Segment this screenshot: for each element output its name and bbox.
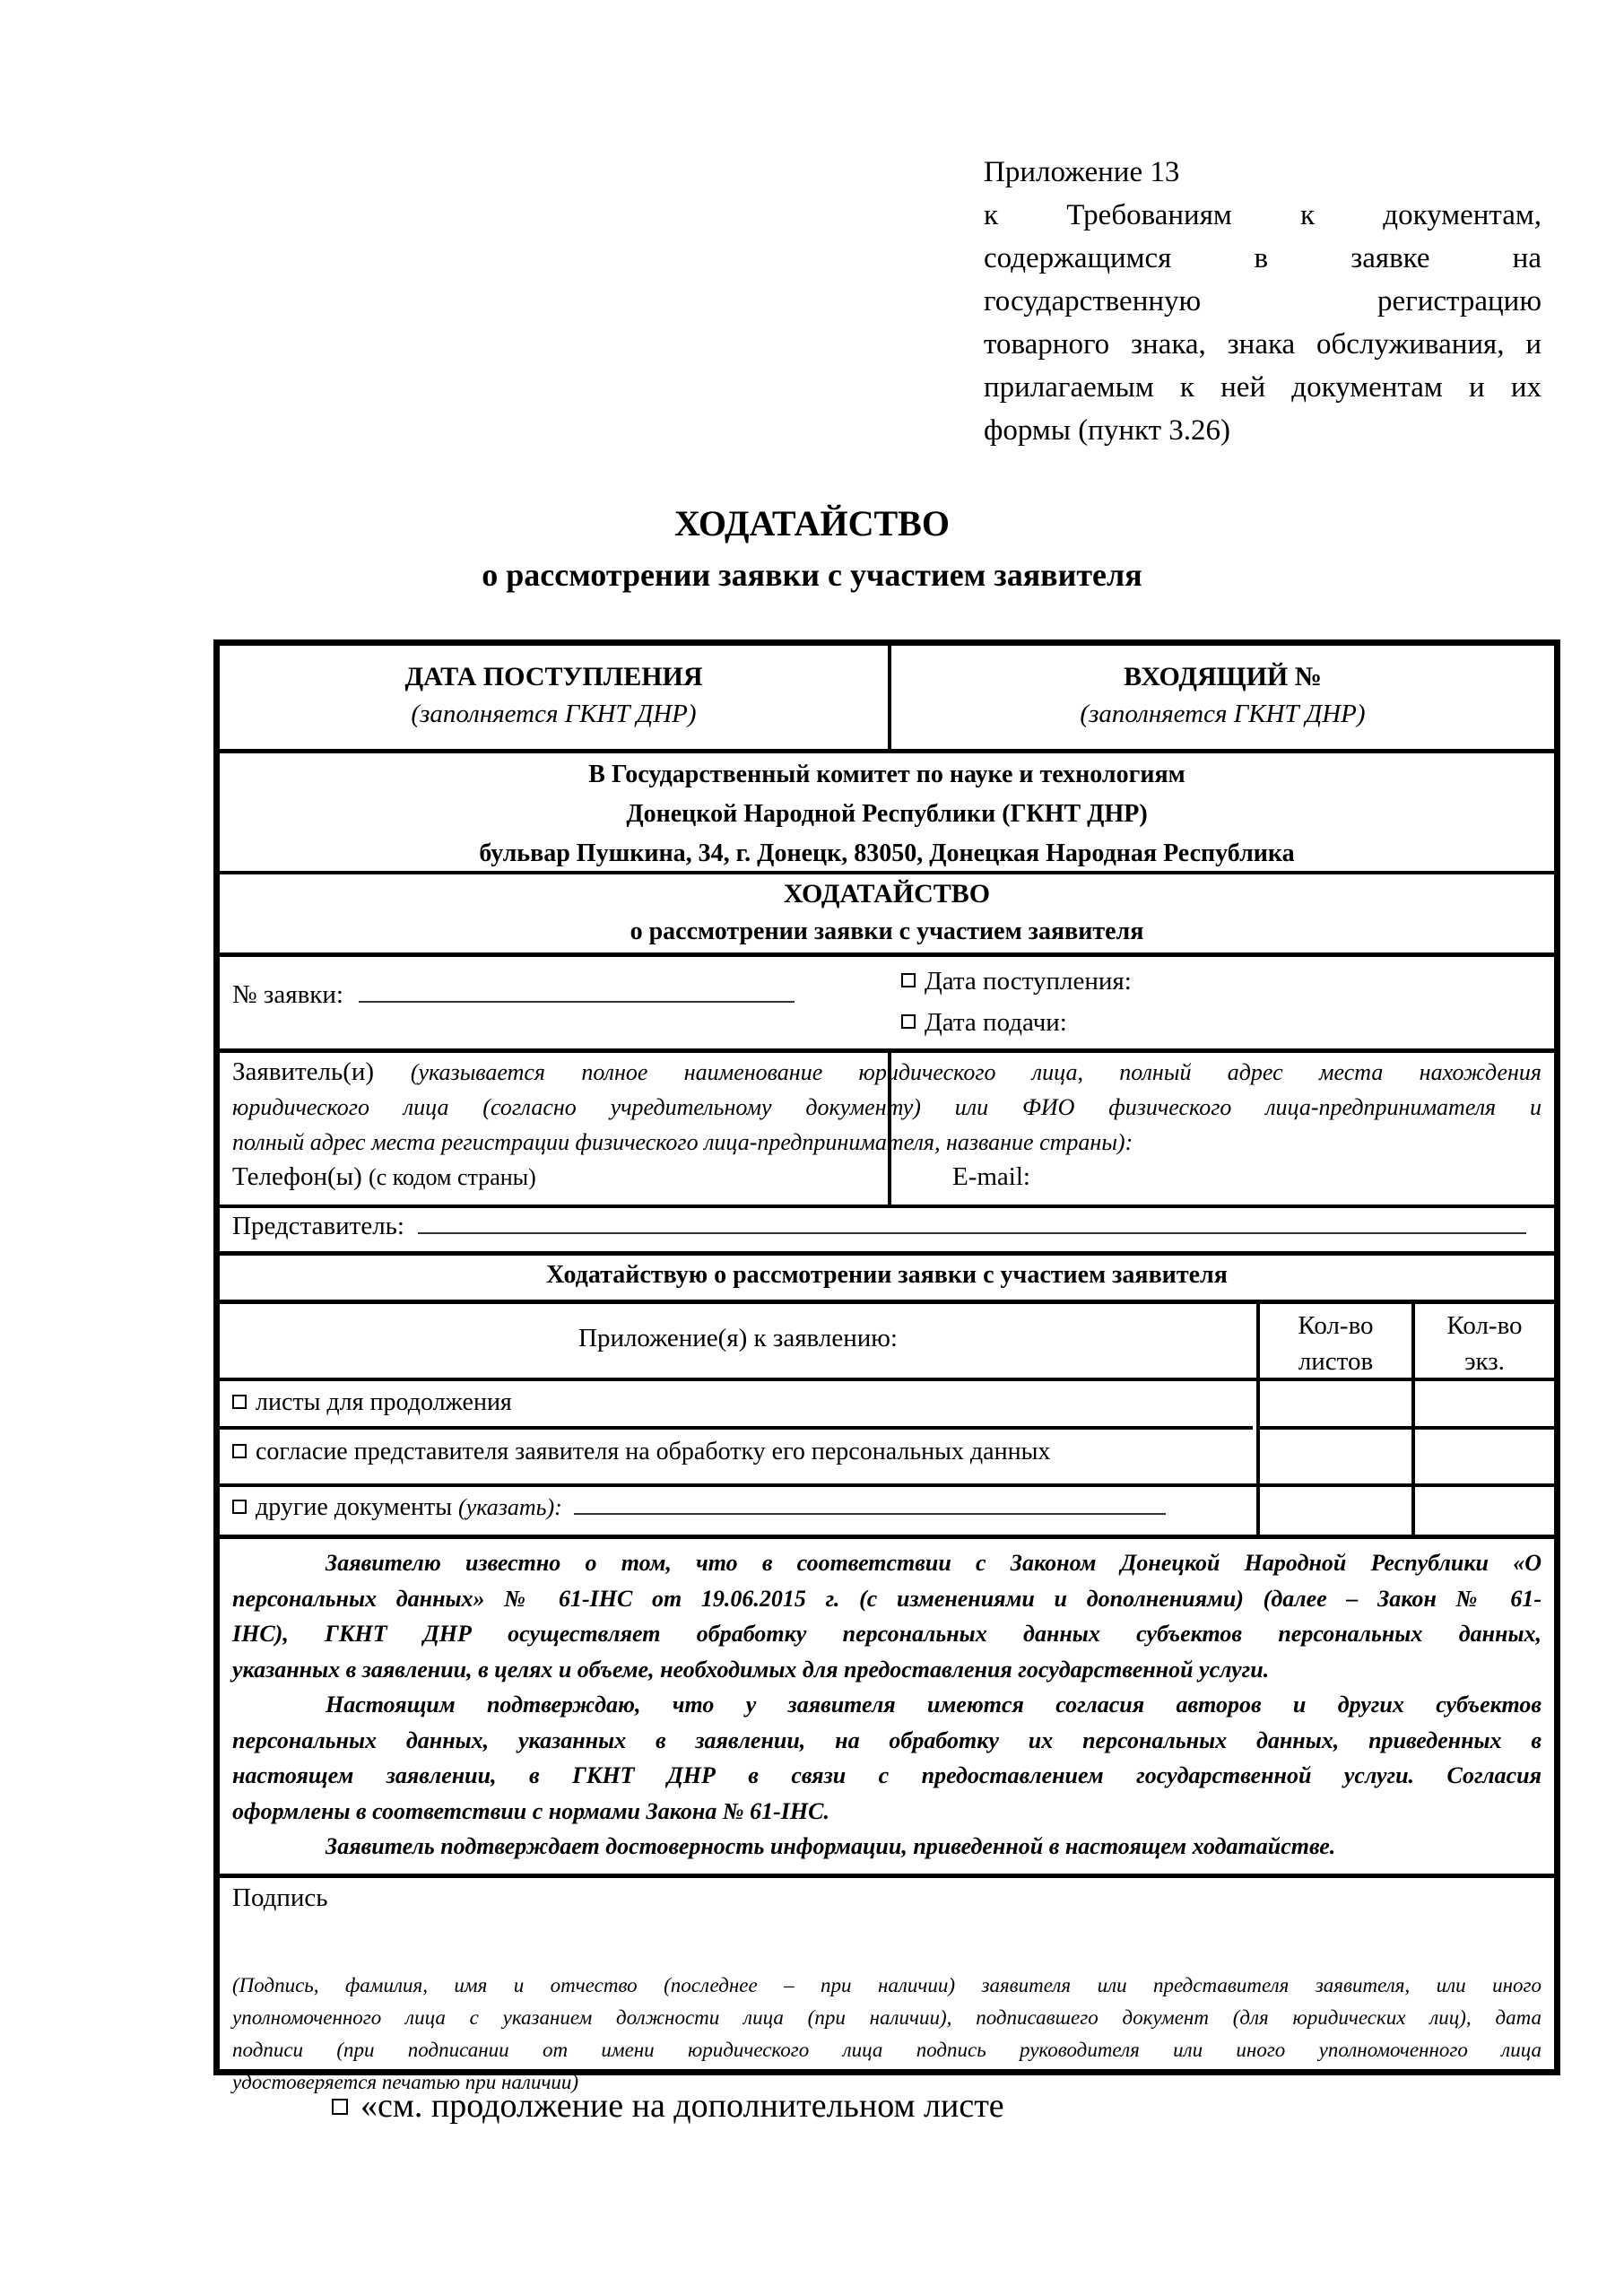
column-header-line: экз. [1415, 1344, 1554, 1379]
divider [220, 1874, 1554, 1878]
appendix-line: прилагаемым к ней документам и их [984, 366, 1541, 409]
incoming-number-note: (заполняется ГКНТ ДНР) [891, 696, 1554, 732]
date-option-filing[interactable]: Дата подачи: [901, 1002, 1132, 1043]
addressee-line: бульвар Пушкина, 34, г. Донецк, 83050, Д… [220, 834, 1554, 874]
column-header-line: Кол-во [1415, 1308, 1554, 1344]
receipt-date-note: (заполняется ГКНТ ДНР) [220, 696, 888, 732]
attachments-header: Приложение(я) к заявлению: [220, 1324, 1256, 1353]
checkbox-icon[interactable] [332, 2099, 348, 2115]
attachment-hint: (указать): [458, 1494, 562, 1520]
consent-text: Заявитель подтверждает достоверность инф… [232, 1829, 1541, 1865]
copies-count-input[interactable] [1415, 1381, 1554, 1426]
consent-text: персональных данных» № 61-IНС от 19.06.2… [232, 1581, 1541, 1617]
signature-field[interactable] [232, 1883, 1541, 1968]
other-documents-input[interactable] [574, 1513, 1166, 1515]
application-number-label: № заявки: [232, 980, 343, 1009]
appendix-line: содержащимся в заявке на [984, 237, 1541, 280]
appendix-line: к Требованиям к документам, [984, 194, 1541, 237]
applicant-hint: (указывается полное наименование юридиче… [411, 1059, 1541, 1085]
consent-text: IНС), ГКНТ ДНР осуществляет обработку пе… [232, 1616, 1541, 1652]
document-subtitle: о рассмотрении заявки с участием заявите… [0, 556, 1624, 594]
consent-block: Заявителю известно о том, что в соответс… [232, 1545, 1541, 1865]
receipt-date-cell: ДАТА ПОСТУПЛЕНИЯ (заполняется ГКНТ ДНР) [220, 658, 888, 732]
representative-label: Представитель: [232, 1212, 404, 1240]
incoming-number-cell: ВХОДЯЩИЙ № (заполняется ГКНТ ДНР) [891, 658, 1554, 732]
date-option-label: Дата поступления: [925, 967, 1132, 996]
consent-text: оформлены в соответствии с нормами Закон… [232, 1794, 1541, 1830]
addressee-block: В Государственный комитет по науке и тех… [220, 755, 1554, 874]
divider [220, 1300, 1554, 1304]
checkbox-icon[interactable] [901, 1014, 916, 1029]
checkbox-icon[interactable] [901, 973, 916, 987]
divider [220, 1251, 1554, 1256]
representative-input[interactable] [418, 1232, 1526, 1234]
applicant-hint: юридического лица (согласно учредительно… [232, 1090, 1541, 1125]
signature-hint-line: уполномоченного лица с указанием должнос… [232, 2002, 1541, 2034]
petition-statement: Ходатайствую о рассмотрении заявки с уча… [220, 1261, 1554, 1290]
date-options: Дата поступления: Дата подачи: [901, 961, 1132, 1043]
checkbox-icon[interactable] [232, 1395, 247, 1409]
attachment-label: согласие представителя заявителя на обра… [256, 1438, 1050, 1465]
attachment-label: другие документы [256, 1493, 452, 1521]
appendix-line: государственную регистрацию [984, 280, 1541, 323]
phone-hint: (с кодом страны) [369, 1164, 536, 1190]
inner-title-block: ХОДАТАЙСТВО о рассмотрении заявки с учас… [220, 875, 1554, 951]
continuation-option[interactable]: «см. продолжение на дополнительном листе [332, 2086, 1004, 2126]
email-label: E-mail: [952, 1160, 1030, 1195]
checkbox-icon[interactable] [232, 1444, 247, 1458]
representative-field[interactable]: Представитель: [232, 1212, 1541, 1241]
receipt-date-label: ДАТА ПОСТУПЛЕНИЯ [220, 658, 888, 696]
attachment-row-other-documents[interactable]: другие документы (указать): [232, 1493, 1166, 1522]
consent-text: Заявителю известно о том, что в соответс… [232, 1545, 1541, 1581]
date-option-label: Дата подачи: [925, 1008, 1067, 1037]
incoming-number-label: ВХОДЯЩИЙ № [891, 658, 1554, 696]
divider [220, 749, 1554, 753]
copies-count-input[interactable] [1415, 1487, 1554, 1535]
consent-text: настоящем заявлении, в ГКНТ ДНР в связи … [232, 1758, 1541, 1794]
petition-form: ДАТА ПОСТУПЛЕНИЯ (заполняется ГКНТ ДНР) … [213, 639, 1560, 2075]
divider [220, 1205, 1554, 1208]
sheets-count-input[interactable] [1260, 1430, 1411, 1483]
date-option-receipt[interactable]: Дата поступления: [901, 961, 1132, 1002]
document-title: ХОДАТАЙСТВО [0, 502, 1624, 544]
signature-hint-line: (Подпись, фамилия, имя и отчество (после… [232, 1970, 1541, 2002]
inner-subtitle: о рассмотрении заявки с участием заявите… [220, 913, 1554, 951]
appendix-line: формы (пункт 3.26) [984, 409, 1541, 452]
divider [220, 1535, 1554, 1539]
copies-count-input[interactable] [1415, 1430, 1554, 1483]
attachment-label: листы для продолжения [256, 1388, 512, 1416]
signature-hint-line: подписи (при подписании от имени юридиче… [232, 2034, 1541, 2066]
appendix-line: Приложение 13 [984, 151, 1541, 194]
attachment-row-continuation-sheets[interactable]: листы для продолжения [232, 1388, 512, 1417]
signature-hint: (Подпись, фамилия, имя и отчество (после… [232, 1970, 1541, 2099]
consent-text: Настоящим подтверждаю, что у заявителя и… [232, 1687, 1541, 1723]
sheets-count-input[interactable] [1260, 1487, 1411, 1535]
appendix-line: товарного знака, знака обслуживания, и [984, 323, 1541, 366]
column-header-line: листов [1260, 1344, 1411, 1379]
attachment-row-representative-consent[interactable]: согласие представителя заявителя на обра… [232, 1438, 1050, 1466]
application-number-input[interactable] [359, 1001, 795, 1003]
sheets-count-input[interactable] [1260, 1381, 1411, 1426]
copies-column-header: Кол-во экз. [1415, 1308, 1554, 1379]
applicant-block[interactable]: Заявитель(и) (указывается полное наимено… [232, 1055, 1541, 1195]
divider [220, 1048, 1554, 1053]
addressee-line: Донецкой Народной Республики (ГКНТ ДНР) [220, 795, 1554, 834]
appendix-reference: Приложение 13 к Требованиям к документам… [984, 151, 1541, 452]
divider [220, 1426, 1253, 1430]
inner-title: ХОДАТАЙСТВО [220, 875, 1554, 913]
divider [220, 952, 1554, 957]
checkbox-icon[interactable] [232, 1500, 247, 1514]
application-number-field[interactable]: № заявки: [232, 980, 878, 1010]
column-header-line: Кол-во [1260, 1308, 1411, 1344]
continuation-label: «см. продолжение на дополнительном листе [360, 2087, 1004, 2125]
applicant-label: Заявитель(и) [232, 1057, 374, 1086]
consent-text: указанных в заявлении, в целях и объеме,… [232, 1652, 1541, 1688]
applicant-hint: полный адрес места регистрации физическо… [232, 1125, 1541, 1160]
phone-label: Телефон(ы) [232, 1162, 362, 1191]
consent-text: персональных данных, указанных в заявлен… [232, 1723, 1541, 1759]
sheets-column-header: Кол-во листов [1260, 1308, 1411, 1379]
addressee-line: В Государственный комитет по науке и тех… [220, 755, 1554, 795]
